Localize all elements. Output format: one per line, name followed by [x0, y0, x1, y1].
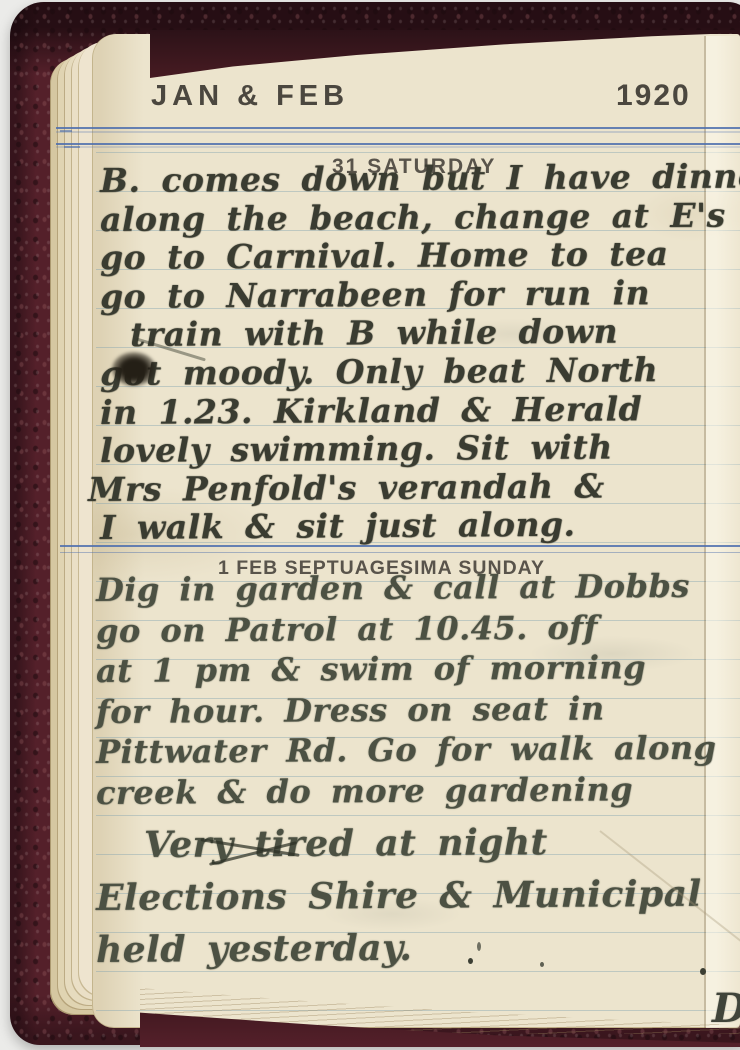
ink-dot — [700, 968, 706, 975]
entry-separator-line — [60, 552, 740, 553]
handwritten-line: creek & do more gardening — [96, 768, 717, 813]
margin-ink-mark: D — [712, 985, 740, 1032]
handwritten-line: I walk & sit just along. — [100, 505, 740, 548]
handwritten-line: for hour. Dress on seat in — [96, 687, 717, 732]
handwritten-line: at 1 pm & swim of morning — [96, 647, 717, 692]
handwritten-line: in 1.23. Kirkland & Herald — [100, 389, 740, 432]
handwritten-line: go to Carnival. Home to tea — [100, 234, 740, 277]
diary-entry-sunday: Dig in garden & call at Dobbs go on Patr… — [96, 570, 717, 971]
month-header: JAN & FEB — [151, 80, 349, 113]
header-separator-line — [56, 143, 740, 145]
handwritten-line: go to Narrabeen for run in — [100, 273, 740, 316]
header-separator-line — [56, 127, 740, 129]
handwritten-line: go on Patrol at 10.45. off — [96, 606, 717, 651]
handwritten-line: Pittwater Rd. Go for walk along — [96, 728, 717, 773]
year-header: 1920 — [616, 79, 691, 113]
ink-dot — [477, 942, 481, 951]
ink-blot — [112, 352, 156, 386]
handwritten-line: lovely swimming. Sit with — [100, 427, 740, 470]
handwritten-line: B. comes down but I have dinner — [100, 157, 740, 200]
line-tick — [64, 146, 80, 148]
handwritten-line: along the beach, change at E's — [100, 196, 740, 239]
ink-dot — [468, 958, 473, 964]
handwritten-line: held yesterday. — [96, 926, 717, 971]
line-tick — [60, 130, 72, 132]
handwritten-line: Elections Shire & Municipal — [96, 873, 717, 918]
handwritten-line: train with B while down — [130, 312, 740, 355]
handwritten-line: Mrs Penfold's verandah & — [88, 466, 740, 509]
diary-scan: { "page": { "header": { "month_label": "… — [0, 0, 740, 1050]
ink-dot — [540, 962, 544, 967]
handwritten-line: Dig in garden & call at Dobbs — [96, 566, 717, 611]
